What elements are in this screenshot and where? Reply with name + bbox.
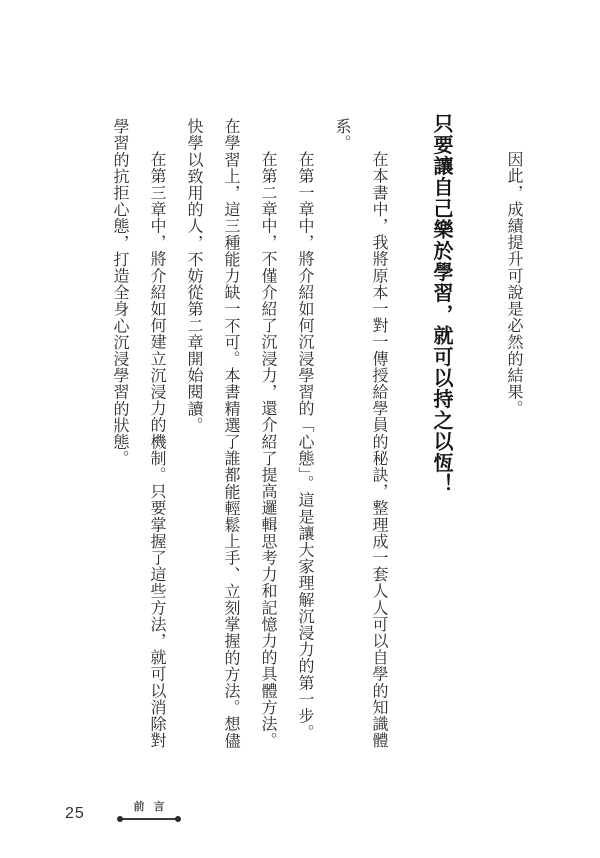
rule-dot-left-icon (117, 816, 123, 822)
page-number: 25 (65, 805, 85, 823)
text-line: 在第三章中，將介紹如何建立沉浸力的機制。只要掌握了這些方法，就可以消除對 (148, 118, 165, 787)
rule-dot-right-icon (175, 816, 181, 822)
body-text: 因此，成績提升可說是必然的結果。只要讓自己樂於學習，就可以持之以恆！在本書中，我… (111, 118, 522, 754)
text-line: 在學習上，這三種能力缺一不可。本書精選了誰都能輕鬆上手、立刻掌握的方法。想儘 (222, 118, 239, 754)
section-label: 前言 (119, 798, 179, 814)
section-marker: 前言 (119, 798, 179, 820)
text-line: 因此，成績提升可說是必然的結果。 (505, 118, 522, 787)
heading-line: 只要讓自己樂於學習，就可以持之以恆！ (429, 113, 452, 753)
section-rule (119, 818, 179, 820)
text-line: 學習的抗拒心態，打造全身心沉浸學習的狀態。 (111, 118, 128, 754)
text-line: 在第一章中，將介紹如何沉浸學習的「心態」。這是讓大家理解沉浸力的第一步。 (296, 118, 313, 787)
text-line: 系。 (333, 118, 350, 754)
book-page: 因此，成績提升可說是必然的結果。只要讓自己樂於學習，就可以持之以恆！在本書中，我… (0, 0, 600, 858)
text-line: 在第二章中，不僅介紹了沉浸力，還介紹了提高邏輯思考力和記憶力的具體方法。 (259, 118, 276, 787)
text-line: 快學以致用的人，不妨從第二章開始閱讀。 (185, 118, 202, 754)
text-line: 在本書中，我將原本一對一傳授給學員的秘訣，整理成一套人人可以自學的知識體 (370, 118, 387, 787)
